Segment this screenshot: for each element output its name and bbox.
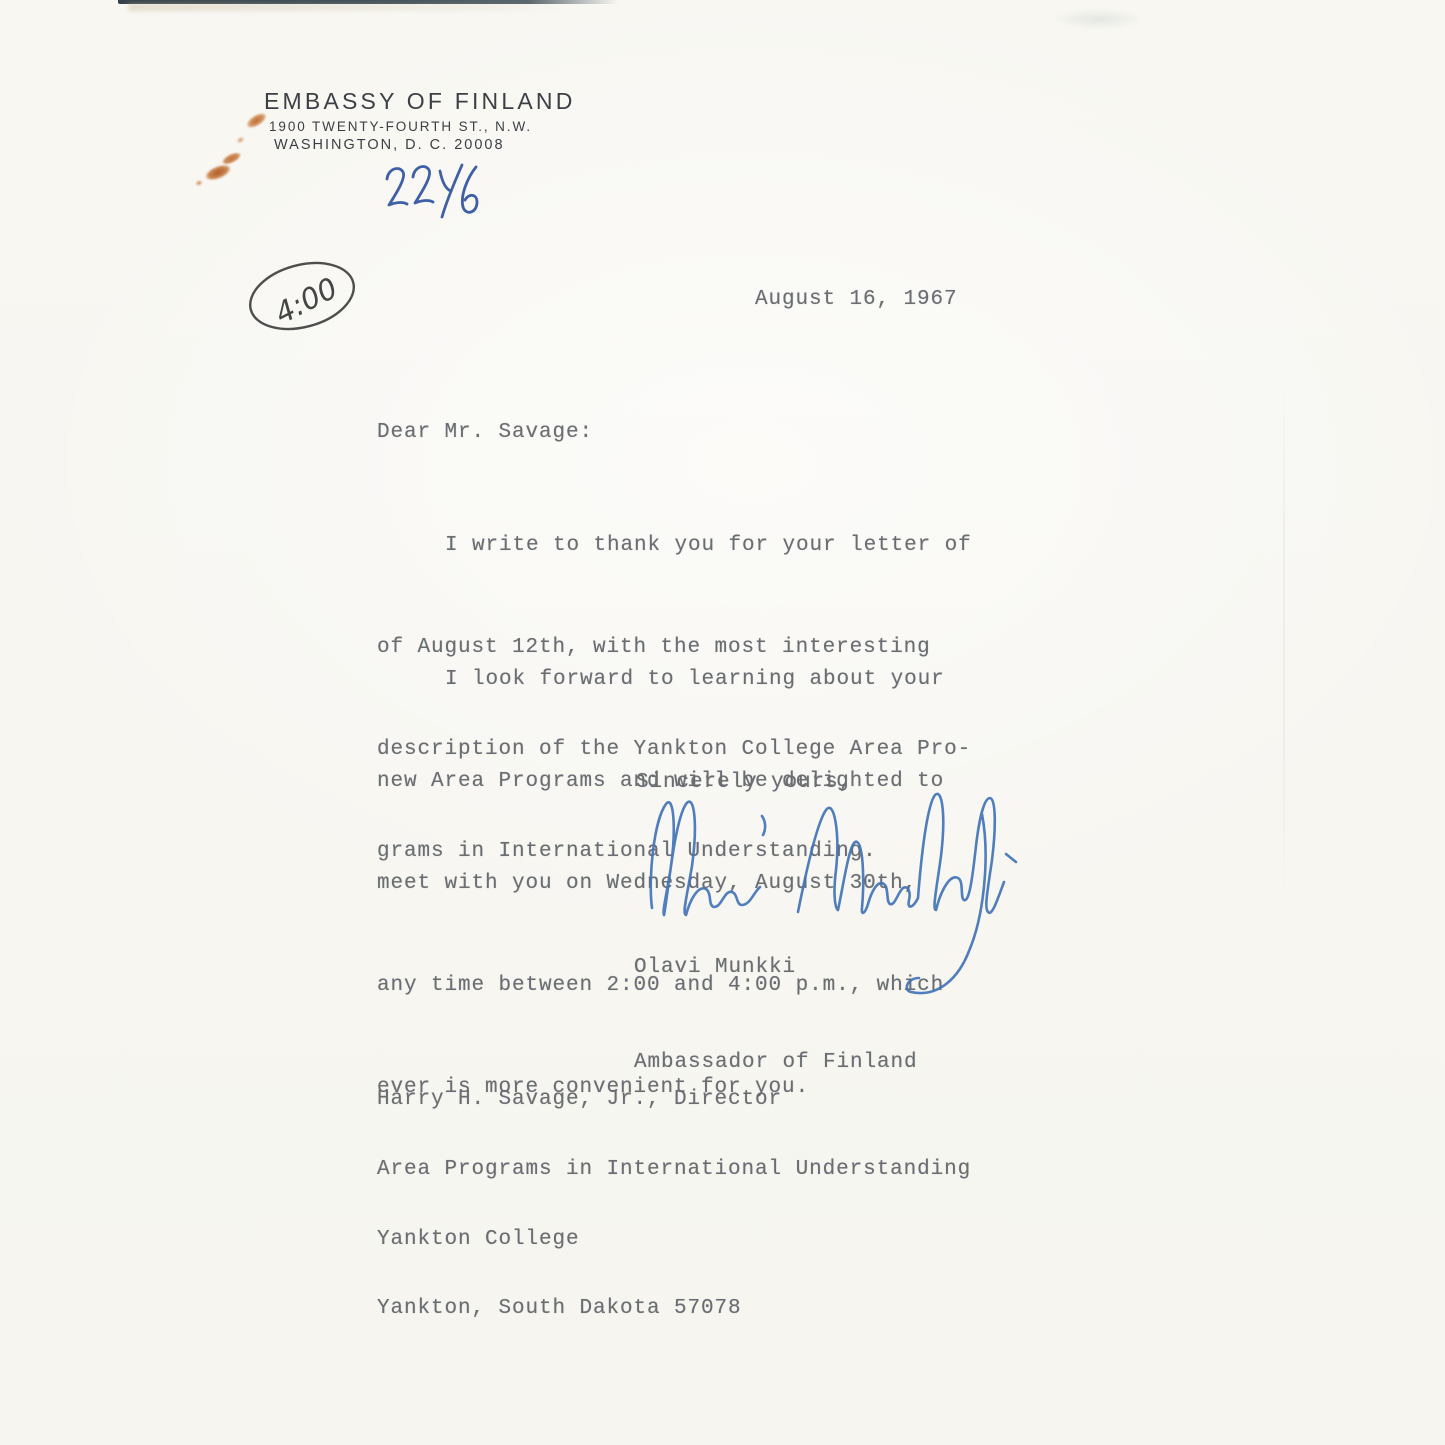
recipient-line: Area Programs in International Understan…	[377, 1158, 971, 1181]
body-line: I look forward to learning about your	[377, 663, 945, 697]
recipient-line: Yankton College	[377, 1228, 971, 1251]
rust-stain	[235, 135, 246, 145]
scan-edge-shadow	[128, 3, 568, 11]
rust-stain	[194, 179, 204, 187]
letter-date: August 16, 1967	[755, 283, 958, 317]
handwritten-price-circle: 4:00	[241, 250, 367, 346]
recipient-block: Harry H. Savage, Jr., Director Area Prog…	[377, 1042, 971, 1367]
letter-page: EMBASSY OF FINLAND 1900 TWENTY-FOURTH ST…	[0, 0, 1445, 1445]
salutation: Dear Mr. Savage:	[377, 416, 593, 450]
price-note-text: 4:00	[269, 271, 342, 331]
letterhead-address-line2: WASHINGTON, D. C. 20008	[274, 138, 505, 153]
letterhead-org-name: EMBASSY OF FINLAND	[264, 90, 576, 113]
letterhead-address-line1: 1900 TWENTY-FOURTH ST., N.W.	[269, 120, 532, 134]
recipient-line: Yankton, South Dakota 57078	[377, 1297, 971, 1320]
paper-smudge	[1038, 6, 1158, 32]
handwritten-catalog-number	[383, 162, 481, 222]
recipient-line: Harry H. Savage, Jr., Director	[377, 1088, 971, 1111]
rust-stain	[203, 161, 234, 184]
paper-crease	[1283, 380, 1285, 900]
signer-name: Olavi Munkki	[634, 952, 918, 984]
body-line: I write to thank you for your letter of	[377, 529, 972, 563]
